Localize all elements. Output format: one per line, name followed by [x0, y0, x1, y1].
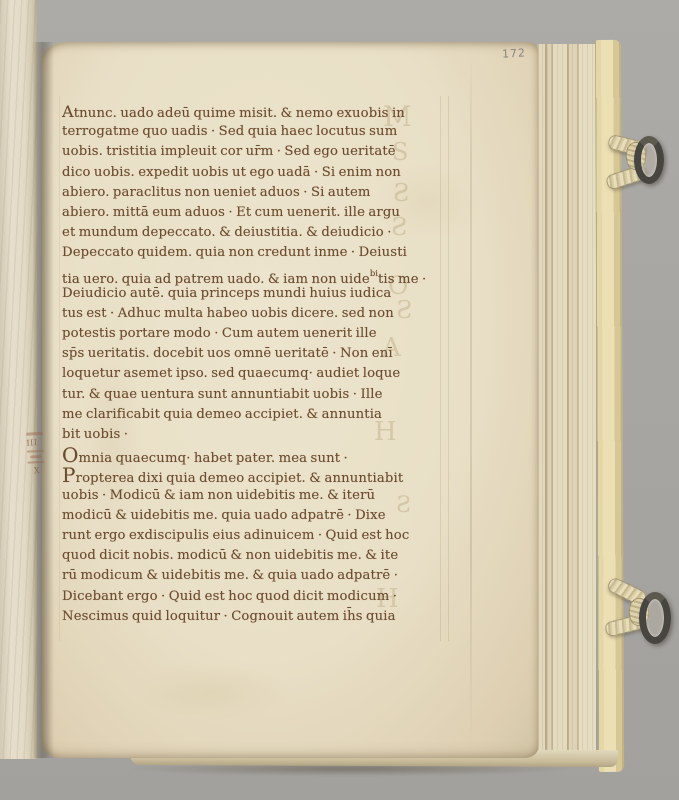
clasp-ring [634, 136, 664, 184]
manuscript-photo: 172 MSSSOSAHSH Atnunc. uado adeū quime m… [0, 0, 679, 800]
manuscript-line: abiero. paraclitus non ueniet aduos · Si… [62, 183, 457, 203]
clasp-bottom [597, 570, 675, 662]
margin-canon-notes: III X [26, 428, 54, 475]
manuscript-line: Dicebant ergo · Quid est hoc quod dicit … [62, 587, 457, 607]
clasp-top [596, 128, 670, 212]
manuscript-line: abiero. mittā eum aduos · Et cum uenerit… [62, 203, 457, 223]
text-block: Atnunc. uado adeū quime misit. & nemo ex… [62, 102, 457, 627]
previous-page-edge [0, 0, 37, 759]
ruling-line [59, 96, 60, 641]
margin-note-illegible [30, 455, 41, 458]
canon-number: III [26, 437, 52, 447]
manuscript-line: me clarificabit quia demeo accipiet. & a… [62, 405, 457, 425]
folio-number: 172 [502, 46, 527, 60]
manuscript-line: uobis. tristitia impleuit cor ur̄m · Sed… [62, 142, 457, 162]
manuscript-line: rū modicum & uidebitis me. & quia uado a… [62, 566, 457, 586]
manuscript-line: et mundum depeccato. & deiustitia. & dei… [62, 223, 457, 243]
manuscript-line: potestis portare modo · Cum autem ueneri… [62, 324, 457, 344]
manuscript-line: dico uobis. expedit uobis ut ego uadā · … [62, 163, 457, 183]
margin-note-illegible [27, 449, 44, 452]
manuscript-line: tia uero. quia ad patrem uado. & iam non… [62, 264, 457, 284]
manuscript-line: tur. & quae uentura sunt annuntiabit uob… [62, 385, 457, 405]
gutter-shadow [33, 42, 54, 758]
manuscript-line: Omnia quaecumq· habet pater. mea sunt · [62, 445, 457, 465]
manuscript-line: modicū & uidebitis me. quia uado adpatrē… [62, 506, 457, 526]
margin-note-illegible [26, 432, 43, 435]
canon-number: X [34, 465, 54, 475]
manuscript-line: quod dicit nobis. modicū & non uidebitis… [62, 546, 457, 566]
manuscript-line: Propterea dixi quia demeo accipiet. & an… [62, 465, 457, 485]
manuscript-line: Depeccato quidem. quia non credunt inme … [62, 243, 457, 263]
clasp-ring [639, 592, 671, 644]
parchment-stain [132, 662, 292, 722]
manuscript-line: terrogatme quo uadis · Sed quia haec loc… [62, 122, 457, 142]
manuscript-line: loquetur asemet ipso. sed quaecumq· audi… [62, 364, 457, 384]
manuscript-line: Nescimus quid loquitur · Cognouit autem … [62, 607, 457, 627]
manuscript-line: Atnunc. uado adeū quime misit. & nemo ex… [62, 102, 457, 122]
manuscript-line: runt ergo exdiscipulis eius adinuicem · … [62, 526, 457, 546]
manuscript-line: sp̄s ueritatis. docebit uos omnē ueritat… [62, 344, 457, 364]
margin-note-illegible [27, 460, 44, 463]
manuscript-line: uobis · Modicū & iam non uidebitis me. &… [62, 486, 457, 506]
manuscript-line: bit uobis · [62, 425, 457, 445]
manuscript-line: tus est · Adhuc multa habeo uobis dicere… [62, 304, 457, 324]
page-crease [470, 54, 472, 752]
fore-edge-page-stack [537, 44, 596, 762]
